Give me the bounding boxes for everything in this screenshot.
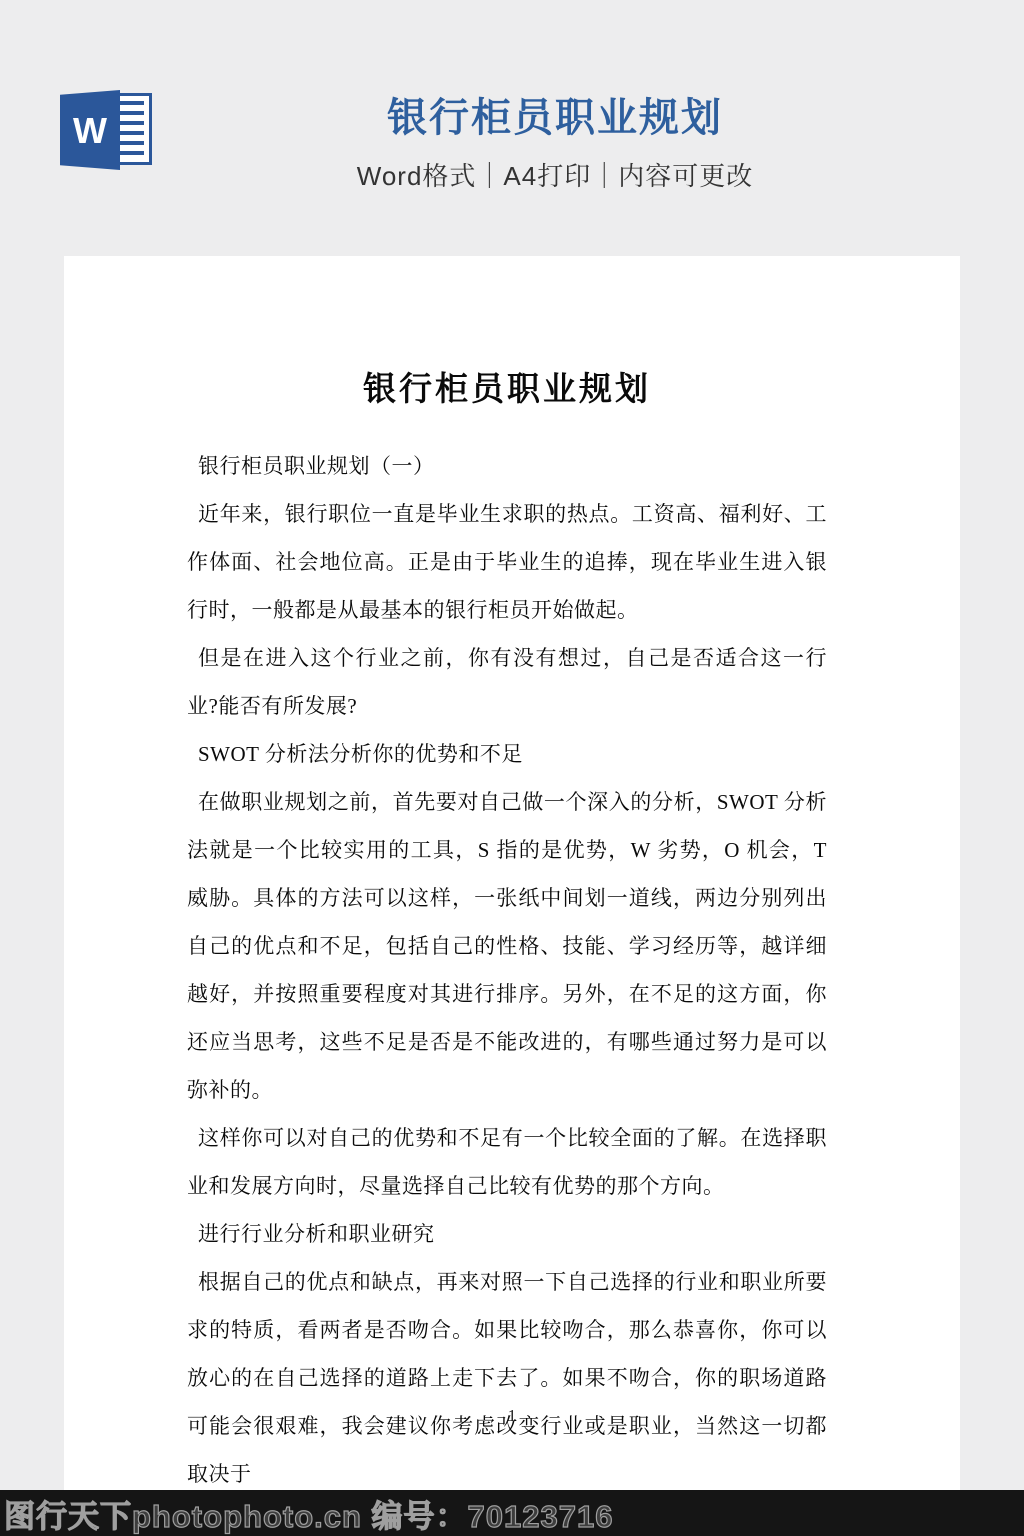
header-text-block: 银行柜员职业规划 Word格式｜A4打印｜内容可更改 [299, 96, 811, 193]
page-title: 银行柜员职业规划 [187, 368, 827, 412]
paragraph: 近年来，银行职位一直是毕业生求职的热点。工资高、福利好、工作体面、社会地位高。正… [187, 490, 827, 634]
page-number: 1 [64, 1406, 960, 1426]
word-icon-cover: W [60, 90, 120, 170]
paragraph-subheading: SWOT 分析法分析你的优势和不足 [187, 730, 827, 778]
paragraph: 但是在进入这个行业之前，你有没有想过，自己是否适合这一行业?能否有所发展? [187, 634, 827, 730]
document-title-heading: 银行柜员职业规划 [299, 96, 811, 140]
paragraph-heading: 银行柜员职业规划（一） [187, 442, 827, 490]
watermark-text: 图行天下photophoto.cn 编号：70123716 [0, 1491, 613, 1536]
paragraph: 在做职业规划之前，首先要对自己做一个深入的分析，SWOT 分析法就是一个比较实用… [187, 778, 827, 1114]
paragraph: 这样你可以对自己的优势和不足有一个比较全面的了解。在选择职业和发展方向时，尽量选… [187, 1114, 827, 1210]
document-page: 银行柜员职业规划 银行柜员职业规划（一） 近年来，银行职位一直是毕业生求职的热点… [64, 256, 960, 1536]
word-icon-letter: W [73, 111, 107, 149]
preview-header: W 银行柜员职业规划 Word格式｜A4打印｜内容可更改 [0, 0, 1024, 256]
watermark-bar: 图行天下photophoto.cn 编号：70123716 [0, 1490, 1024, 1536]
document-format-subtitle: Word格式｜A4打印｜内容可更改 [299, 156, 811, 193]
paragraph: 根据自己的优点和缺点，再来对照一下自己选择的行业和职业所要求的特质，看两者是否吻… [187, 1258, 827, 1498]
word-icon: W [60, 90, 152, 170]
document-body: 银行柜员职业规划（一） 近年来，银行职位一直是毕业生求职的热点。工资高、福利好、… [187, 442, 827, 1498]
paragraph-subheading: 进行行业分析和职业研究 [187, 1210, 827, 1258]
